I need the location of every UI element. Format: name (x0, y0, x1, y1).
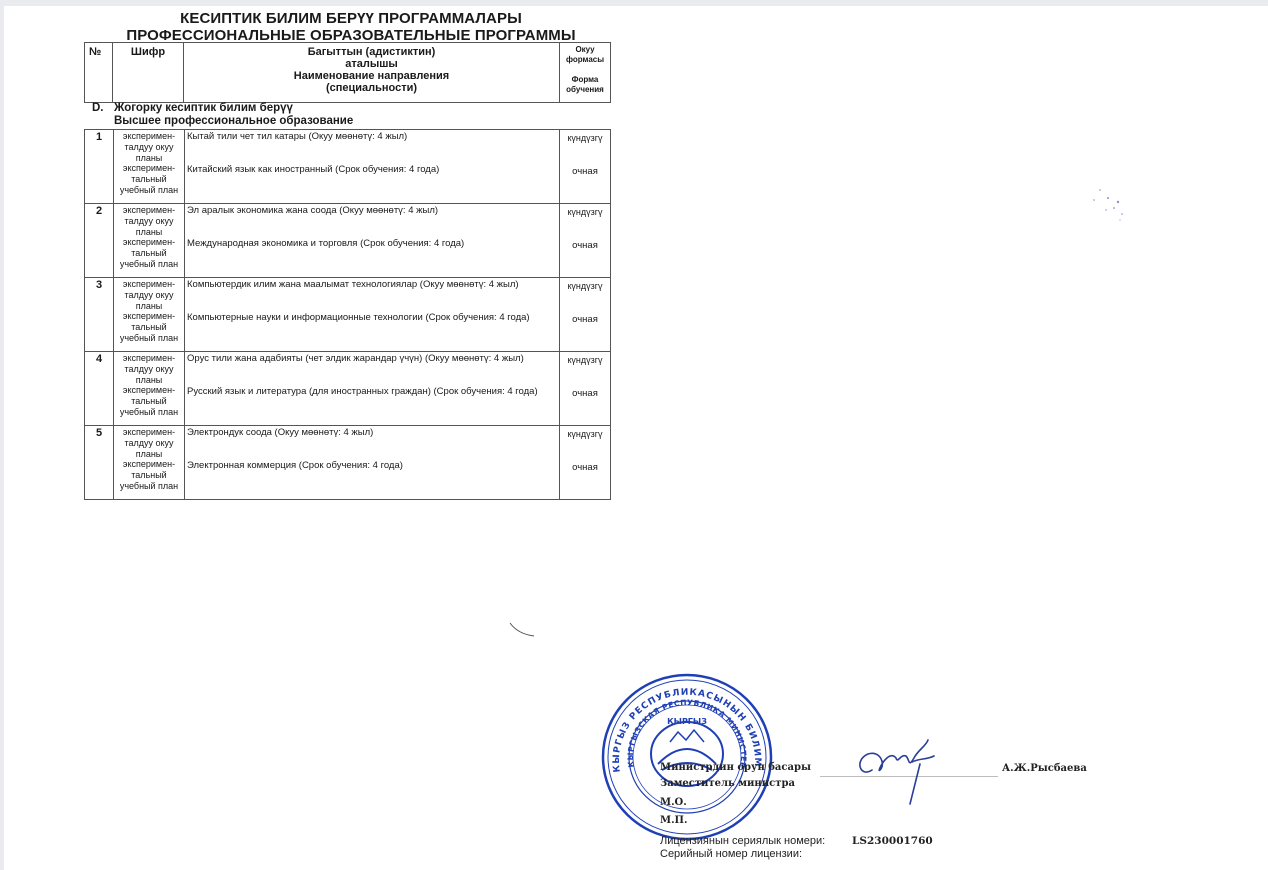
code-line: эксперимен- (114, 205, 184, 216)
stamp-center-text: КЫРГЫЗ (667, 717, 707, 726)
header-form-ru-2: обучения (560, 85, 610, 95)
scan-noise-icon (1080, 180, 1130, 230)
code-line: талдуу окуу (114, 364, 184, 375)
code-line: планы (114, 301, 184, 312)
signer-position-ru: Заместитель министра (660, 778, 795, 789)
header-name: Багыттын (адистиктин) аталышы Наименован… (184, 43, 560, 103)
header-name-ky-1: Багыттын (адистиктин) (184, 46, 559, 58)
row-number: 5 (85, 426, 114, 500)
code-line: планы (114, 375, 184, 386)
code-line: учебный план (114, 481, 184, 492)
programs-table-header: № Шифр Багыттын (адистиктин) аталышы Наи… (84, 42, 611, 103)
program-name-ky: Кытай тили чет тил катары (Окуу мөөнөтү:… (187, 131, 559, 142)
signer-position-ky: Министрдин орун басары (660, 762, 811, 773)
row-form: күндүзгүочная (560, 278, 611, 352)
code-line: эксперимен- (114, 385, 184, 396)
header-number: № (85, 43, 113, 103)
row-name: Орус тили жана адабияты (чет элдик жаран… (185, 352, 560, 426)
study-form-ru: очная (560, 240, 610, 251)
code-line: учебный план (114, 185, 184, 196)
study-form-ky: күндүзгү (560, 207, 610, 218)
license-label-ru: Серийный номер лицензии: (660, 848, 802, 860)
program-name-ky: Эл аралык экономика жана соода (Окуу мөө… (187, 205, 559, 216)
code-line: эксперимен- (114, 237, 184, 248)
code-line: планы (114, 153, 184, 164)
study-form-ky: күндүзгү (560, 429, 610, 440)
row-number: 4 (85, 352, 114, 426)
study-form-ru: очная (560, 462, 610, 473)
license-number: LS230001760 (852, 835, 933, 847)
row-number: 2 (85, 204, 114, 278)
row-number: 1 (85, 130, 114, 204)
code-line: эксперимен- (114, 427, 184, 438)
row-name: Электрондук соода (Окуу мөөнөтү: 4 жыл)Э… (185, 426, 560, 500)
program-name-ru: Русский язык и литература (для иностранн… (187, 386, 559, 397)
row-name: Компьютердик илим жана маалымат технолог… (185, 278, 560, 352)
programs-table: 1эксперимен-талдуу окуупланыэксперимен-т… (84, 129, 611, 500)
study-form-ru: очная (560, 166, 610, 177)
code-line: тальный (114, 396, 184, 407)
code-line: эксперимен- (114, 279, 184, 290)
program-name-ky: Электрондук соода (Окуу мөөнөтү: 4 жыл) (187, 427, 559, 438)
header-name-ky-2: аталышы (184, 58, 559, 70)
header-name-ru-1: Наименование направления (184, 70, 559, 82)
code-line: талдуу окуу (114, 438, 184, 449)
scan-mark-icon (508, 620, 538, 640)
program-name-ru: Международная экономика и торговля (Срок… (187, 238, 559, 249)
header-form-ru-1: Форма (560, 75, 610, 85)
section-heading: D.Жогорку кесиптик билим берүү Высшее пр… (92, 102, 353, 128)
row-name: Кытай тили чет тил катары (Окуу мөөнөтү:… (185, 130, 560, 204)
program-name-ky: Компьютердик илим жана маалымат технолог… (187, 279, 559, 290)
row-form: күндүзгүочная (560, 204, 611, 278)
code-line: эксперимен- (114, 311, 184, 322)
signer-name: А.Ж.Рысбаева (1002, 763, 1087, 774)
code-line: эксперимен- (114, 459, 184, 470)
row-number: 3 (85, 278, 114, 352)
section-letter: D. (92, 102, 114, 115)
row-code: эксперимен-талдуу окуупланыэксперимен-та… (114, 204, 185, 278)
code-line: эксперимен- (114, 163, 184, 174)
study-form-ru: очная (560, 314, 610, 325)
header-form: Окуу формасы Форма обучения (560, 43, 611, 103)
code-line: учебный план (114, 333, 184, 344)
row-form: күндүзгүочная (560, 130, 611, 204)
code-line: тальный (114, 174, 184, 185)
code-line: тальный (114, 322, 184, 333)
code-line: талдуу окуу (114, 290, 184, 301)
program-name-ru: Электронная коммерция (Срок обучения: 4 … (187, 460, 559, 471)
section-title-ru: Высшее профессиональное образование (92, 115, 353, 128)
program-name-ru: Китайский язык как иностранный (Срок обу… (187, 164, 559, 175)
table-row: 1эксперимен-талдуу окуупланыэксперимен-т… (85, 130, 611, 204)
table-row: 2эксперимен-талдуу окуупланыэксперимен-т… (85, 204, 611, 278)
row-name: Эл аралык экономика жана соода (Окуу мөө… (185, 204, 560, 278)
code-line: тальный (114, 248, 184, 259)
row-code: эксперимен-талдуу окуупланыэксперимен-та… (114, 352, 185, 426)
seal-place-ky: М.О. (660, 797, 687, 808)
code-line: тальный (114, 470, 184, 481)
program-name-ru: Компьютерные науки и информационные техн… (187, 312, 559, 323)
study-form-ru: очная (560, 388, 610, 399)
seal-place-ru: М.П. (660, 815, 687, 826)
license-label-ky: Лицензиянын сериялык номери: (660, 835, 825, 847)
code-line: талдуу окуу (114, 142, 184, 153)
code-line: учебный план (114, 259, 184, 270)
code-line: планы (114, 449, 184, 460)
code-line: талдуу окуу (114, 216, 184, 227)
row-form: күндүзгүочная (560, 352, 611, 426)
study-form-ky: күндүзгү (560, 281, 610, 292)
study-form-ky: күндүзгү (560, 133, 610, 144)
row-code: эксперимен-талдуу окуупланыэксперимен-та… (114, 426, 185, 500)
code-line: учебный план (114, 407, 184, 418)
table-row: 3эксперимен-талдуу окуупланыэксперимен-т… (85, 278, 611, 352)
study-form-ky: күндүзгү (560, 355, 610, 366)
header-code: Шифр (113, 43, 184, 103)
header-name-ru-2: (специальности) (184, 82, 559, 94)
code-line: эксперимен- (114, 353, 184, 364)
table-row: 5эксперимен-талдуу окуупланыэксперимен-т… (85, 426, 611, 500)
header-form-ky-2: формасы (560, 55, 610, 65)
handwritten-signature-icon (850, 718, 950, 808)
row-form: күндүзгүочная (560, 426, 611, 500)
code-line: планы (114, 227, 184, 238)
table-row: 4эксперимен-талдуу окуупланыэксперимен-т… (85, 352, 611, 426)
program-name-ky: Орус тили жана адабияты (чет элдик жаран… (187, 353, 559, 364)
row-code: эксперимен-талдуу окуупланыэксперимен-та… (114, 130, 185, 204)
section-title-ky: Жогорку кесиптик билим берүү (114, 102, 293, 114)
code-line: эксперимен- (114, 131, 184, 142)
row-code: эксперимен-талдуу окуупланыэксперимен-та… (114, 278, 185, 352)
title-kyrgyz: КЕСИПТИК БИЛИМ БЕРҮҮ ПРОГРАММАЛАРЫ (88, 10, 614, 27)
header-form-ky-1: Окуу (560, 45, 610, 55)
